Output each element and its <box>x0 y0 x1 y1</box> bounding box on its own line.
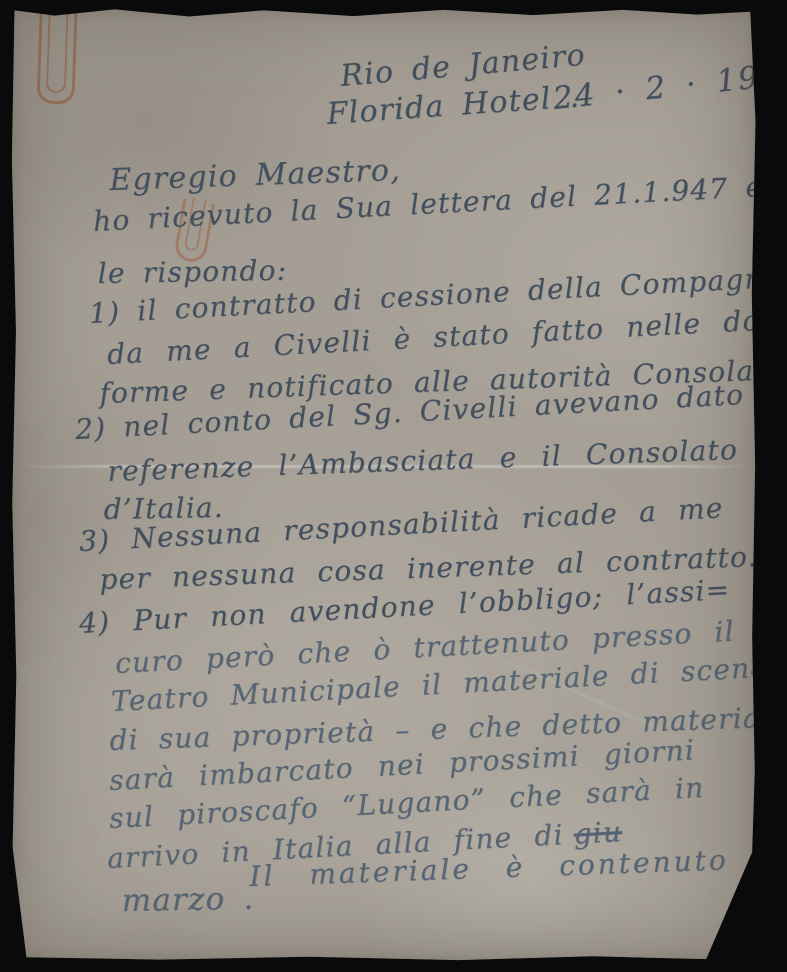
letter-line: marzo . <box>121 881 254 919</box>
torn-corner-flap <box>700 900 766 966</box>
letter-page: Rio de Janeiro Florida Hotel . 24 · 2 · … <box>10 7 757 962</box>
struck-out-word: giu <box>573 815 623 850</box>
letter-scan: Rio de Janeiro Florida Hotel . 24 · 2 · … <box>0 0 787 972</box>
paperclip-rust-stain <box>36 10 77 104</box>
letter-line: le rispondo: <box>97 254 287 290</box>
letter-date: 24 · 2 · 1947 <box>551 55 787 117</box>
paperclip-rust-stain-inner <box>46 8 69 94</box>
letter-line: referenze l’Ambasciata e il Consolato <box>107 433 739 488</box>
